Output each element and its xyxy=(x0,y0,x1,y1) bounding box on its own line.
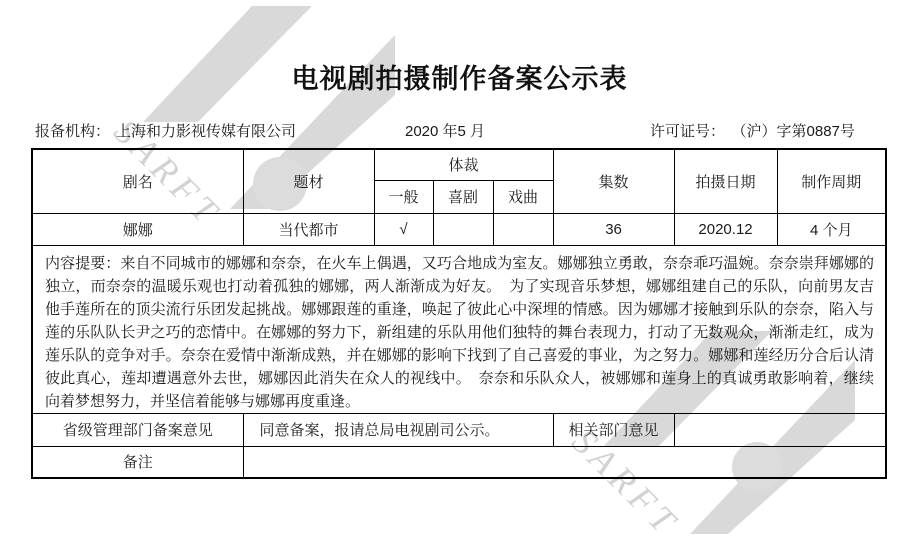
drama-name-header-cell: 剧名 xyxy=(32,149,243,213)
reporting-agency-value: 上海和力影视传媒有限公司 xyxy=(116,123,296,140)
registration-table: 剧名 题材 体裁 集数 拍摄日期 制作周期 一般 喜剧 戏曲 娜娜 当代都市 √… xyxy=(31,148,887,479)
episodes-header-cell: 集数 xyxy=(553,149,674,213)
drama-name-cell: 娜娜 xyxy=(32,213,243,245)
license-number-value: （沪）字第0887号 xyxy=(739,123,855,140)
genre-comedy-header-cell: 喜剧 xyxy=(433,180,493,213)
genre-opera-header-cell: 戏曲 xyxy=(493,180,553,213)
license-number: 许可证号：（沪）字第0887号 xyxy=(650,120,855,141)
genre-header-cell: 体裁 xyxy=(374,149,553,180)
genre-comedy-check-cell xyxy=(433,213,493,245)
provincial-opinion-value-cell: 同意备案，报请总局电视剧司公示。 xyxy=(243,413,553,446)
content-summary-cell: 内容提要：来自不同城市的娜娜和奈奈，在火车上偶遇，又巧合地成为室友。娜娜独立勇敢… xyxy=(32,245,886,413)
episodes-cell: 36 xyxy=(553,213,674,245)
reporting-agency-label: 报备机构： xyxy=(35,123,110,140)
remarks-label-cell: 备注 xyxy=(32,446,243,478)
genre-opera-check-cell xyxy=(493,213,553,245)
production-cycle-header-cell: 制作周期 xyxy=(777,149,886,213)
provincial-opinion-label-cell: 省级管理部门备案意见 xyxy=(32,413,243,446)
info-bar: 报备机构：上海和力影视传媒有限公司 2020 年5 月 许可证号：（沪）字第08… xyxy=(0,120,919,140)
provincial-opinion-row: 省级管理部门备案意见 同意备案，报请总局电视剧司公示。 相关部门意见 xyxy=(32,413,886,446)
page-title: 电视剧拍摄制作备案公示表 xyxy=(0,57,919,96)
reporting-agency: 报备机构：上海和力影视传媒有限公司 xyxy=(35,120,296,141)
genre-general-header-cell: 一般 xyxy=(374,180,433,213)
header-row-top: 剧名 题材 体裁 集数 拍摄日期 制作周期 xyxy=(32,149,886,180)
content-summary-label: 内容提要： xyxy=(45,255,120,272)
related-department-value-cell xyxy=(674,413,886,446)
record-row: 娜娜 当代都市 √ 36 2020.12 4 个月 xyxy=(32,213,886,245)
related-department-label-cell: 相关部门意见 xyxy=(553,413,674,446)
shoot-date-cell: 2020.12 xyxy=(674,213,777,245)
content-summary-text: 来自不同城市的娜娜和奈奈，在火车上偶遇，又巧合地成为室友。娜娜独立勇敢，奈奈乖巧… xyxy=(45,255,874,410)
license-number-label: 许可证号： xyxy=(650,123,725,140)
summary-row: 内容提要：来自不同城市的娜娜和奈奈，在火车上偶遇，又巧合地成为室友。娜娜独立勇敢… xyxy=(32,245,886,413)
production-cycle-cell: 4 个月 xyxy=(777,213,886,245)
subject-header-cell: 题材 xyxy=(243,149,374,213)
genre-general-check-cell: √ xyxy=(374,213,433,245)
remarks-value-cell xyxy=(243,446,886,478)
shoot-date-header-cell: 拍摄日期 xyxy=(674,149,777,213)
report-date: 2020 年5 月 xyxy=(405,120,485,141)
subject-cell: 当代都市 xyxy=(243,213,374,245)
remarks-row: 备注 xyxy=(32,446,886,478)
